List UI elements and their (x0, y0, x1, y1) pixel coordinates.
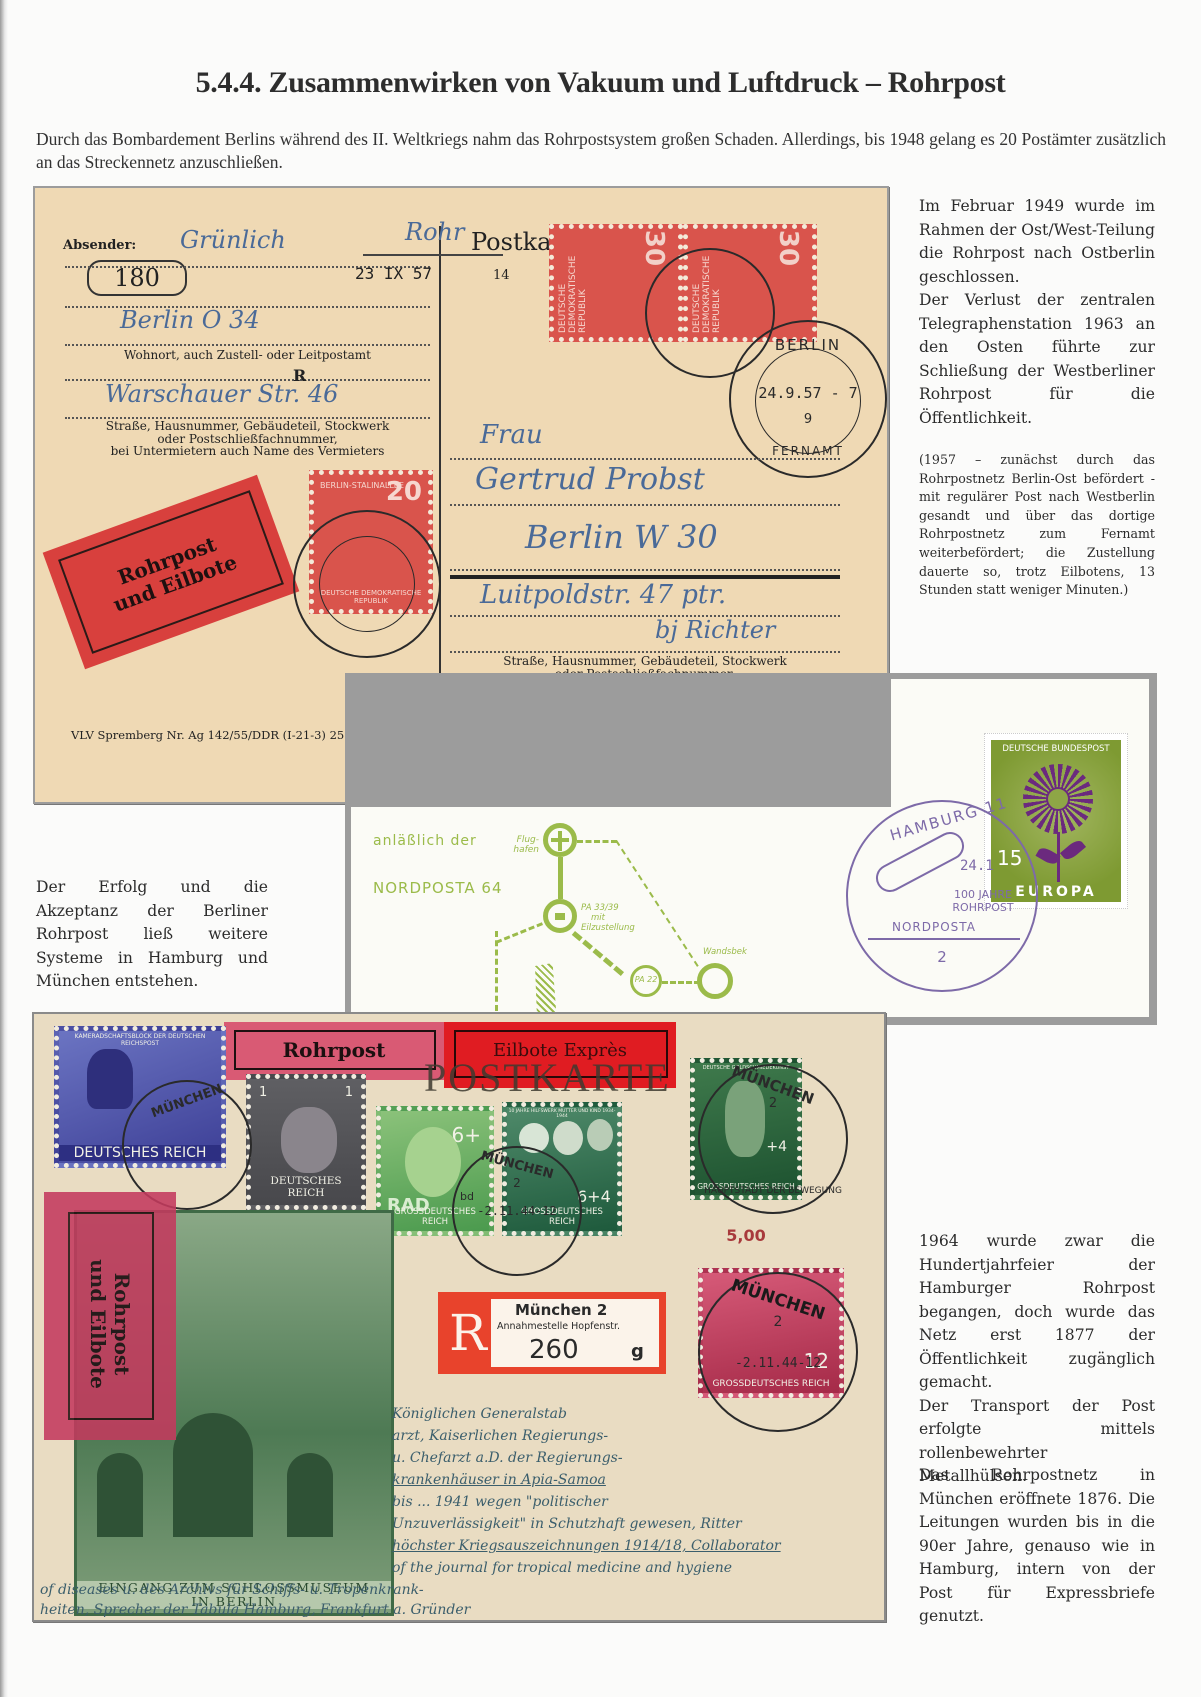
handwriting-line-6: Unzuverlässigkeit" in Schutzhaft gewesen… (392, 1514, 742, 1535)
cancel-hamburg-100-jahre: HAMBURG 11 24.1 100 JAHRE ROHRPOST NORDP… (846, 800, 1038, 992)
cancel-muenchen-1: MÜNCHEN (122, 1080, 252, 1210)
imprint: VLV Spremberg Nr. Ag 142/55/DDR (I-21-3)… (71, 728, 377, 742)
sidebar-text-muenchen: Das Rohrpostnetz in München eröffnete 18… (919, 1464, 1155, 1629)
label-rohrpost-eilbote-vertical: Rohrpost und Eilbote (44, 1192, 176, 1440)
sender-city: Berlin O 34 (120, 306, 260, 334)
absender-label: Absender: (63, 238, 136, 253)
date-stamp-suffix: 14 (493, 268, 510, 283)
page-title: 5.4.4. Zusammenwirken von Vakuum und Luf… (0, 66, 1201, 100)
recipient-name: Gertrud Probst (475, 462, 705, 497)
date-stamp: 23 IX 57 (355, 264, 432, 283)
page-edge-shadow (0, 0, 8, 1697)
map-label-pa33: PA 33/39 mit Eilzustellung (581, 903, 635, 933)
sidebar-text-berlin: Im Februar 1949 wurde im Rahmen der Ost/… (919, 195, 1155, 430)
sidebar-note-1957: (1957 – zunächst durch das Rohrpostnetz … (919, 451, 1155, 600)
sender-street: Warschauer Str. 46 (105, 380, 338, 408)
handwriting-line-8: of the journal for tropical medicine and… (392, 1558, 732, 1579)
occasion-line-2: NORDPOSTA 64 (373, 879, 503, 897)
recipient-title: Frau (480, 420, 543, 450)
recipient-care-of: bj Richter (655, 616, 775, 644)
handwriting-line-3: u. Chefarzt a.D. der Regierungs- (392, 1448, 623, 1469)
registration-label: R München 2 Annahmestelle Hopfenstr. 260… (438, 1292, 666, 1374)
label-rohrpost-eilbote: Rohrpost und Eilbote (43, 475, 300, 670)
postkarte-heading: Postka (471, 228, 551, 256)
sidebar-text-hamburg: 1964 wurde zwar die Hundertjahrfeier der… (919, 1230, 1155, 1489)
occasion-line-1: anläßlich der (373, 833, 477, 849)
handwriting-line-4: krankenhäuser in Apia-Samoa (392, 1470, 606, 1491)
label-strasse-sender: Straße, Hausnummer, Gebäudeteil, Stockwe… (65, 420, 430, 458)
handwriting-line-2: arzt, Kaiserlichen Regierungs- (392, 1426, 608, 1447)
munich-postcard: Rohrpost Eilbote Exprès POSTKARTE KAMERA… (32, 1012, 886, 1622)
cancel-muenchen-4: MÜNCHEN 2 -2.11.44-12 (698, 1272, 858, 1432)
sidebar-text-hamburg-muenchen: Der Erfolg und die Akzeptanz der Berline… (36, 876, 268, 994)
map-node-airport (543, 823, 577, 857)
recipient-city: Berlin W 30 (525, 518, 718, 556)
handwriting-line-7: höchster Kriegsauszeichnungen 1914/18, C… (392, 1536, 781, 1557)
label-rohrpost: Rohrpost (224, 1022, 444, 1080)
cancel-berlin-2 (293, 510, 441, 658)
map-node-wandsbek (697, 963, 733, 999)
divider-line (439, 226, 441, 716)
handwriting-line-10: heiten, Sprecher der Tabula Hamburg, Fra… (40, 1600, 470, 1621)
handwriting-line-9: of diseases u. des Archivs für Schiffs- … (40, 1580, 424, 1601)
intro-paragraph: Durch das Bombardement Berlins während d… (36, 128, 1166, 174)
cancel-muenchen-3: MÜNCHEN 2 HAUPTSTADT DER BEWEGUNG (698, 1064, 848, 1214)
map-node-pa33 (543, 899, 577, 933)
rohr-note: Rohr (405, 218, 464, 246)
map-label-airport: Flug-hafen (511, 835, 539, 855)
postkarte-heading: POSTKARTE (424, 1054, 671, 1101)
label-wohnort: Wohnort, auch Zustell- oder Leitpostamt (65, 348, 430, 362)
handwriting-line-5: bis ... 1941 wegen "politischer (392, 1492, 608, 1513)
cancel-muenchen-2: MÜNCHEN 2 bd -2.11.44-12 (452, 1146, 582, 1276)
sender-name: Grünlich (180, 226, 286, 254)
cancel-fernamt: BERLIN 24.9.57 - 7 9 FERNAMT (729, 320, 887, 478)
map-label-wandsbek: Wandsbek (703, 947, 747, 957)
recipient-street: Luitpoldstr. 47 ptr. (480, 580, 726, 610)
map-node-pa22: PA 22 (630, 965, 662, 997)
handwriting-line-1: Königlichen Generalstab (392, 1404, 567, 1425)
pneumatic-capsule-icon (871, 827, 969, 897)
stamp-reich-1: 1 1 DEUTSCHES REICH (246, 1074, 366, 1210)
